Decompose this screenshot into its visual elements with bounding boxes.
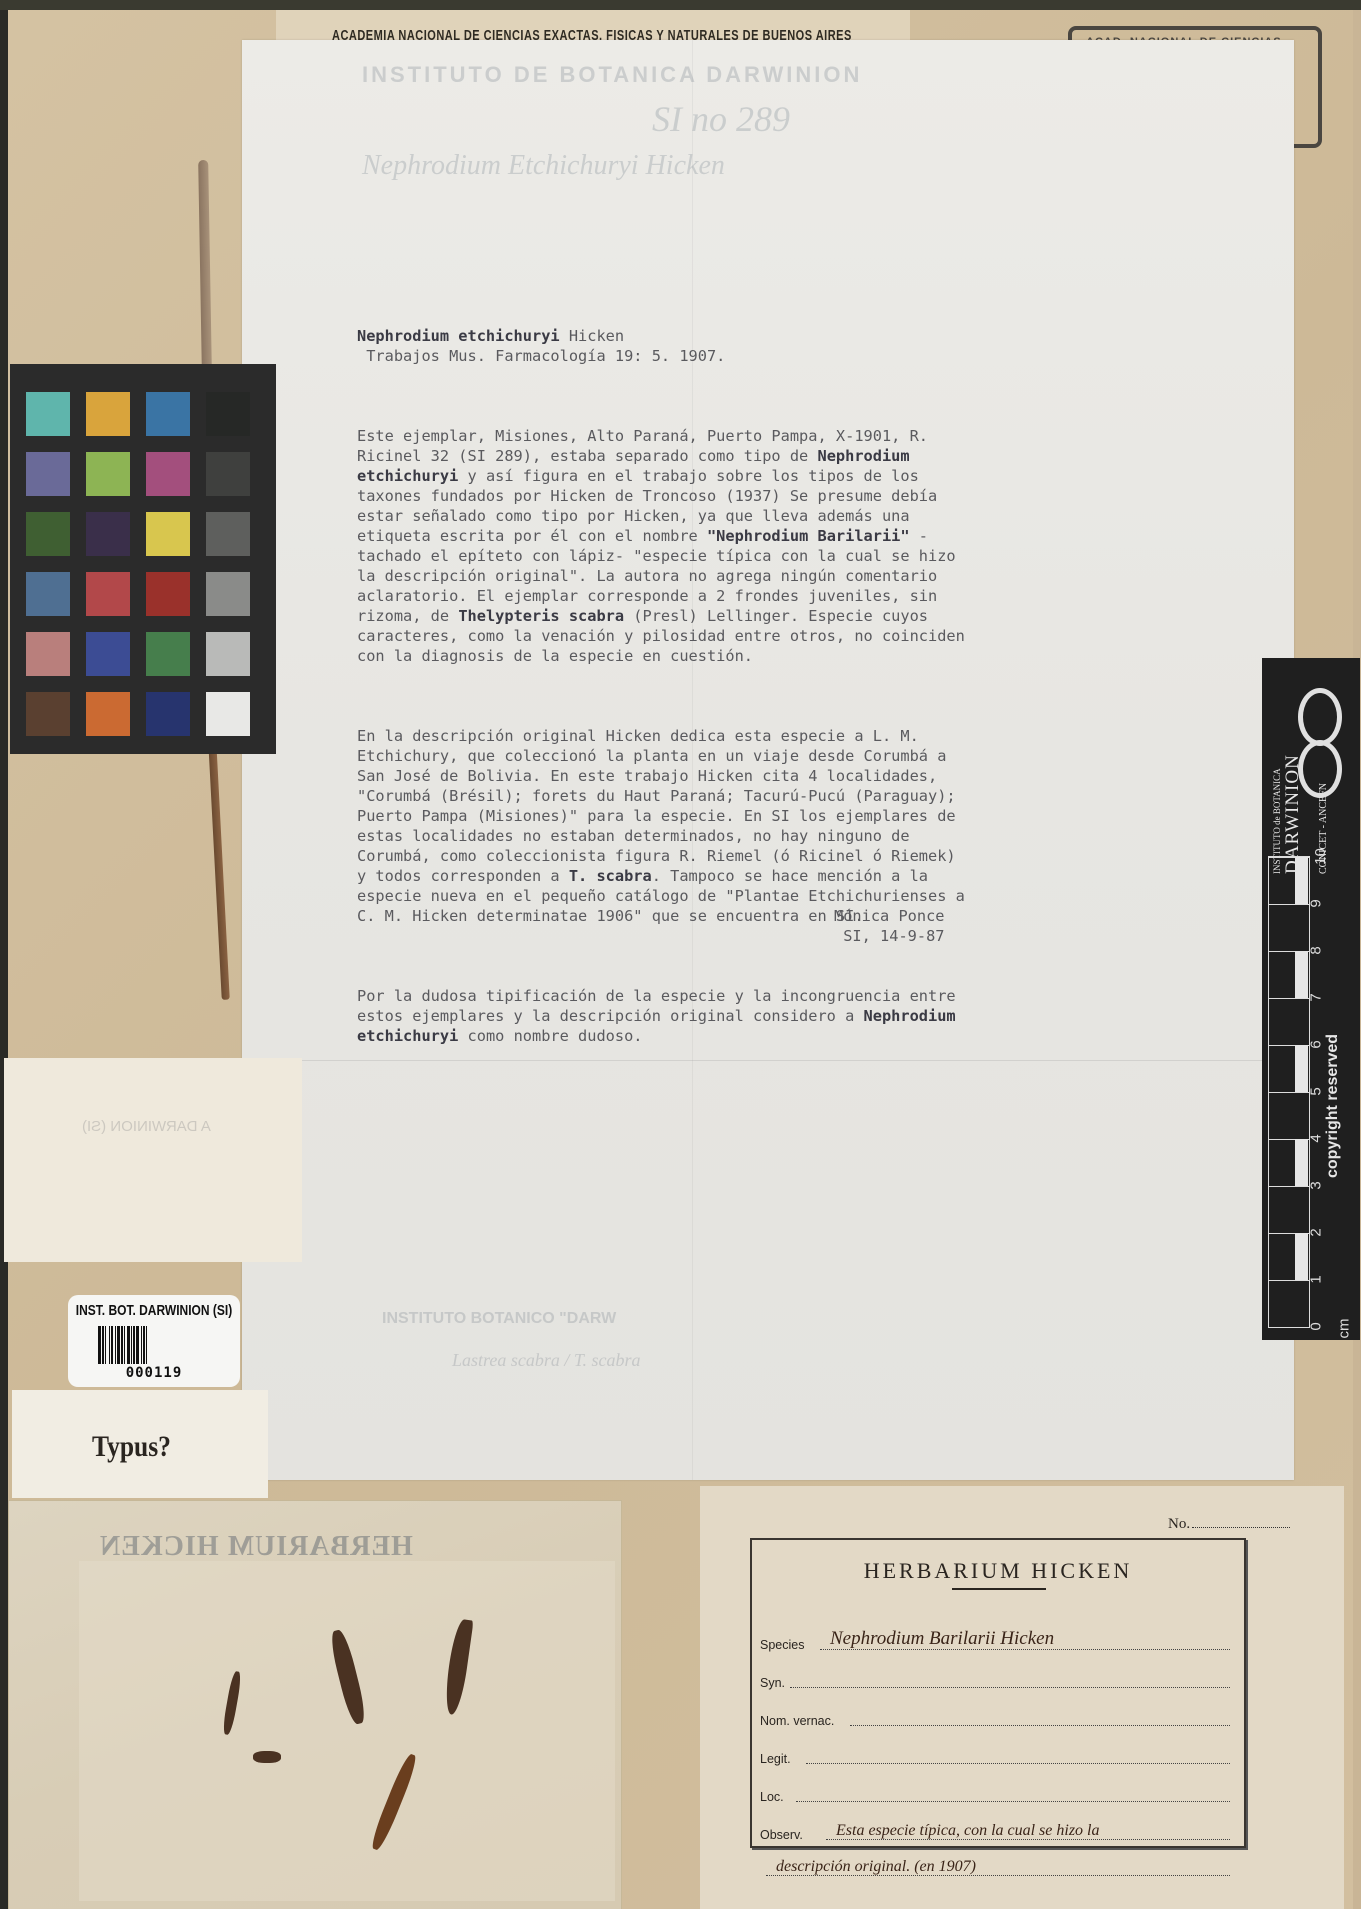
ruler-number: 8 <box>1308 946 1325 954</box>
handwritten-value: Nephrodium Barilarii Hicken <box>830 1628 1054 1650</box>
typed-letter: INSTITUTO DE BOTANICA DARWINION SI no 28… <box>242 40 1294 1480</box>
color-swatch <box>86 692 130 736</box>
color-swatch <box>146 392 190 436</box>
ruler-number: 5 <box>1308 1087 1325 1095</box>
ghost-species-text: Nephrodium Etchichuryi Hicken <box>362 150 725 182</box>
bold-taxon-name: Thelypteris scabra <box>458 607 624 625</box>
color-swatch <box>86 632 130 676</box>
bold-taxon-name: T. scabra <box>569 867 652 885</box>
ruler-number: 0 <box>1308 1322 1325 1330</box>
color-swatch <box>146 452 190 496</box>
letter-heading: Nephrodium etchichuryi Hicken Trabajos M… <box>357 326 1177 366</box>
barcode-number: 000119 <box>68 1365 240 1381</box>
letter-title-author: Hicken <box>560 327 624 345</box>
ghost-lower-handwriting: Lastrea scabra / T. scabra <box>452 1350 641 1371</box>
ruler-number: 1 <box>1308 1275 1325 1283</box>
hicken-field-species: SpeciesNephrodium Barilarii Hicken <box>760 1632 1230 1652</box>
color-swatch <box>26 392 70 436</box>
hicken-field-legit: Legit. <box>760 1746 1230 1766</box>
ruler-number: 7 <box>1308 993 1325 1001</box>
ghost-number-text: SI no 289 <box>652 98 790 140</box>
color-swatch <box>206 512 250 556</box>
hicken-title: HERBARIUM HICKEN <box>752 1558 1244 1584</box>
color-swatch <box>146 512 190 556</box>
letter-paragraph-3: Por la dudosa tipificación de la especie… <box>357 986 1177 1046</box>
color-swatch <box>26 632 70 676</box>
letter-text-run: En la descripción original Hicken dedica… <box>357 727 956 885</box>
color-swatch <box>146 692 190 736</box>
centimeter-ruler <box>1268 856 1310 1328</box>
hicken-label-box: HERBARIUM HICKEN SpeciesNephrodium Baril… <box>750 1538 1246 1848</box>
hicken-field-syn: Syn. <box>760 1670 1230 1690</box>
ruler-number: 4 <box>1308 1134 1325 1142</box>
color-swatch <box>26 452 70 496</box>
color-swatch <box>206 452 250 496</box>
color-swatch <box>206 632 250 676</box>
color-swatch <box>146 572 190 616</box>
field-label: Loc. <box>760 1790 784 1804</box>
color-swatch <box>86 572 130 616</box>
color-swatch <box>206 692 250 736</box>
field-label: Legit. <box>760 1752 791 1766</box>
ghost-institute-text: INSTITUTO DE BOTANICA DARWINION <box>362 62 862 88</box>
ruler-number: 10 <box>1312 848 1329 865</box>
field-label: Observ. <box>760 1828 803 1842</box>
bold-taxon-name: "Nephrodium Barilarii" <box>707 527 910 545</box>
field-label: Species <box>760 1638 804 1652</box>
ruler-number: 2 <box>1308 1228 1325 1236</box>
field-label: Syn. <box>760 1676 785 1690</box>
typus-label: Typus? <box>12 1390 268 1498</box>
barcode-label: INST. BOT. DARWINION (SI) 000119 <box>68 1295 240 1387</box>
ruler-number: 3 <box>1308 1181 1325 1189</box>
letter-title-species: Nephrodium etchichuryi <box>357 327 560 345</box>
signature-name: Mónica Ponce <box>834 907 945 925</box>
typus-text: Typus? <box>92 1430 171 1464</box>
herbarium-hicken-label: No. HERBARIUM HICKEN SpeciesNephrodium B… <box>700 1486 1344 1909</box>
letter-text-run: como nombre dudoso. <box>458 1027 642 1045</box>
herbarium-sheet: ACADEMIA NACIONAL DE CIENCIAS EXACTAS, F… <box>0 0 1361 1909</box>
blank-label: A DARWINION (SI) <box>4 1058 302 1262</box>
letter-paragraph-2: En la descripción original Hicken dedica… <box>357 726 1177 926</box>
hicken-field-loc: Loc. <box>760 1784 1230 1804</box>
letter-body: Nephrodium etchichuryi Hicken Trabajos M… <box>357 286 1177 1106</box>
handwritten-value: descripción original. (en 1907) <box>776 1858 976 1876</box>
color-swatch <box>206 392 250 436</box>
barcode-institution: INST. BOT. DARWINION (SI) <box>68 1301 240 1319</box>
field-label: Nom. vernac. <box>760 1714 834 1728</box>
letter-paragraph-1: Este ejemplar, Misiones, Alto Paraná, Pu… <box>357 426 1177 666</box>
ruler-unit: cm <box>1336 1319 1353 1339</box>
color-swatch <box>26 512 70 556</box>
color-swatch <box>206 572 250 616</box>
handwritten-value: Esta especie típica, con la cual se hizo… <box>836 1822 1100 1840</box>
color-swatch <box>146 632 190 676</box>
color-swatch <box>26 692 70 736</box>
darwinion-emblem-icon <box>1296 688 1338 798</box>
frond-fragment-icon <box>253 1751 281 1763</box>
ghost-lower-institute: INSTITUTO BOTANICO "DARW <box>382 1310 616 1328</box>
color-swatch <box>86 392 130 436</box>
hicken-field-nom-vernac: Nom. vernac. <box>760 1708 1230 1728</box>
signature-place-date: SI, 14-9-87 <box>834 927 945 945</box>
hicken-field-observ: Observ.Esta especie típica, con la cual … <box>760 1822 1230 1842</box>
color-calibration-card <box>10 364 276 754</box>
letter-citation: Trabajos Mus. Farmacología 19: 5. 1907. <box>357 347 725 365</box>
copyright-notice: copyright reserved <box>1324 1034 1342 1178</box>
color-swatch <box>26 572 70 616</box>
color-swatch <box>86 512 130 556</box>
color-swatch <box>86 452 130 496</box>
blank-label-mirror-text: A DARWINION (SI) <box>82 1118 211 1135</box>
letter-signature: Mónica Ponce SI, 14-9-87 <box>834 906 945 946</box>
scale-bar: INSTITUTO de BOTANICA DARWINION CONICET … <box>1262 658 1360 1340</box>
hicken-number-field: No. <box>1168 1516 1290 1533</box>
ruler-number: 6 <box>1308 1040 1325 1048</box>
ruler-number: 9 <box>1308 899 1325 907</box>
specimen-envelope: HERBARIUM HICKEN <box>8 1500 622 1909</box>
hicken-field-observ-line2: descripción original. (en 1907) <box>760 1858 1230 1878</box>
envelope-mirror-text: HERBARIUM HICKEN <box>99 1531 413 1563</box>
barcode-icon <box>98 1326 210 1364</box>
